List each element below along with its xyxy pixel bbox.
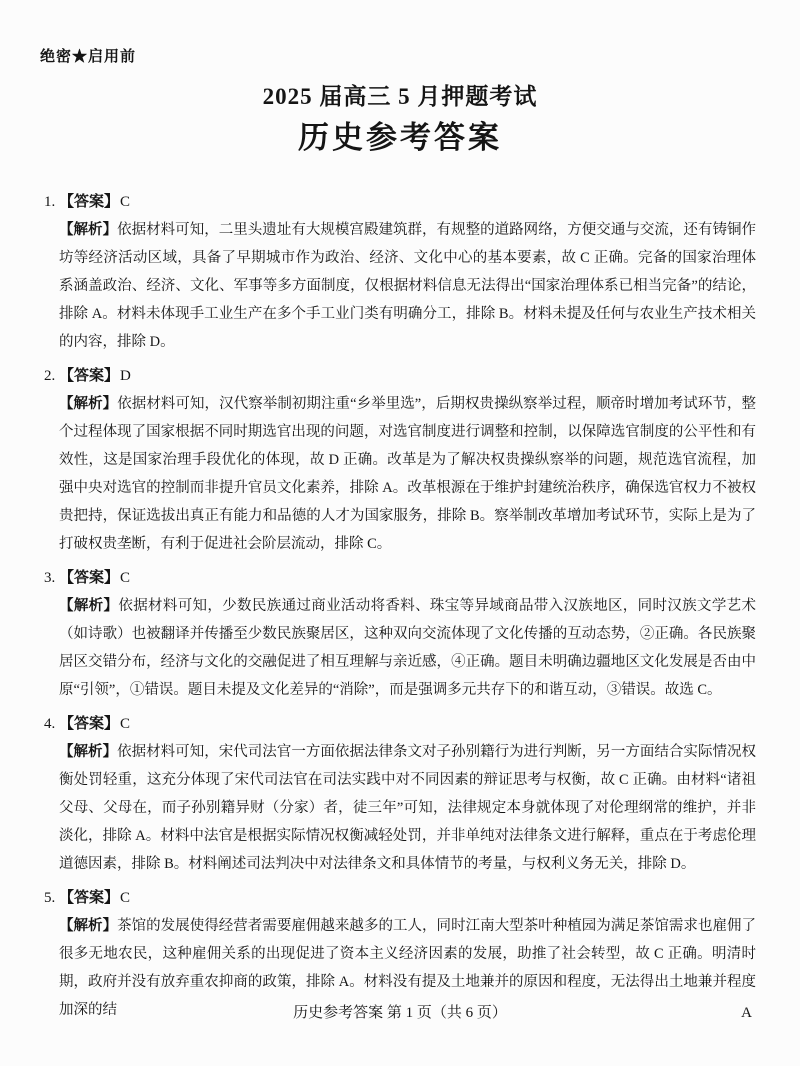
analysis-label: 【解析】: [59, 918, 117, 934]
answer-line: 1.【答案】C: [44, 188, 756, 216]
analysis-paragraph: 【解析】依据材料可知，少数民族通过商业活动将香料、珠宝等异域商品带入汉族地区，同…: [59, 592, 756, 704]
analysis-text: 依据材料可知，二里头遗址有大规模宫殿建筑群，有规整的道路网络，方便交通与交流，还…: [59, 222, 756, 350]
exam-title: 2025 届高三 5 月押题考试: [0, 78, 800, 111]
answer-label: 【答案】: [59, 889, 119, 906]
question-block-1: 1.【答案】C 【解析】依据材料可知，二里头遗址有大规模宫殿建筑群，有规整的道路…: [44, 188, 756, 356]
answer-letter: C: [120, 570, 130, 586]
footer-version-marker: A: [741, 1002, 752, 1024]
answer-line: 2.【答案】D: [44, 362, 756, 390]
analysis-label: 【解析】: [59, 396, 117, 412]
answer-label: 【答案】: [59, 193, 119, 210]
analysis-text: 依据材料可知，汉代察举制初期注重“乡举里选”，后期权贵操纵察举过程，顺帝时增加考…: [59, 396, 756, 552]
question-number: 1.: [44, 188, 57, 216]
question-number: 3.: [44, 564, 57, 592]
answer-label: 【答案】: [59, 569, 119, 586]
question-number: 2.: [44, 362, 57, 390]
answer-letter: C: [120, 194, 130, 210]
secrecy-label: 绝密★启用前: [40, 45, 136, 66]
question-number: 4.: [44, 710, 57, 738]
answers-list: 1.【答案】C 【解析】依据材料可知，二里头遗址有大规模宫殿建筑群，有规整的道路…: [44, 188, 756, 1030]
analysis-paragraph: 【解析】依据材料可知，汉代察举制初期注重“乡举里选”，后期权贵操纵察举过程，顺帝…: [59, 390, 756, 558]
answer-line: 3.【答案】C: [44, 564, 756, 592]
answer-label: 【答案】: [59, 367, 119, 384]
question-block-2: 2.【答案】D 【解析】依据材料可知，汉代察举制初期注重“乡举里选”，后期权贵操…: [44, 362, 756, 558]
analysis-label: 【解析】: [59, 222, 117, 238]
question-block-3: 3.【答案】C 【解析】依据材料可知，少数民族通过商业活动将香料、珠宝等异域商品…: [44, 564, 756, 704]
answer-letter: C: [120, 716, 130, 732]
exam-answer-page: 绝密★启用前 2025 届高三 5 月押题考试 历史参考答案 1.【答案】C 【…: [0, 0, 800, 1066]
answer-line: 4.【答案】C: [44, 710, 756, 738]
question-number: 5.: [44, 884, 57, 912]
analysis-paragraph: 【解析】依据材料可知，二里头遗址有大规模宫殿建筑群，有规整的道路网络，方便交通与…: [59, 216, 756, 356]
page-footer: 历史参考答案 第 1 页（共 6 页） A: [0, 1002, 800, 1024]
subject-title: 历史参考答案: [0, 112, 800, 157]
answer-letter: D: [120, 368, 131, 384]
answer-letter: C: [120, 890, 130, 906]
answer-label: 【答案】: [59, 715, 119, 732]
footer-page-info: 历史参考答案 第 1 页（共 6 页）: [0, 1002, 800, 1024]
analysis-text: 依据材料可知，少数民族通过商业活动将香料、珠宝等异域商品带入汉族地区，同时汉族文…: [59, 598, 756, 698]
analysis-label: 【解析】: [59, 598, 118, 614]
question-block-4: 4.【答案】C 【解析】依据材料可知，宋代司法官一方面依据法律条文对子孙别籍行为…: [44, 710, 756, 878]
analysis-text: 依据材料可知，宋代司法官一方面依据法律条文对子孙别籍行为进行判断，另一方面结合实…: [59, 744, 756, 872]
analysis-label: 【解析】: [59, 744, 117, 760]
answer-line: 5.【答案】C: [44, 884, 756, 912]
analysis-paragraph: 【解析】依据材料可知，宋代司法官一方面依据法律条文对子孙别籍行为进行判断，另一方…: [59, 738, 756, 878]
